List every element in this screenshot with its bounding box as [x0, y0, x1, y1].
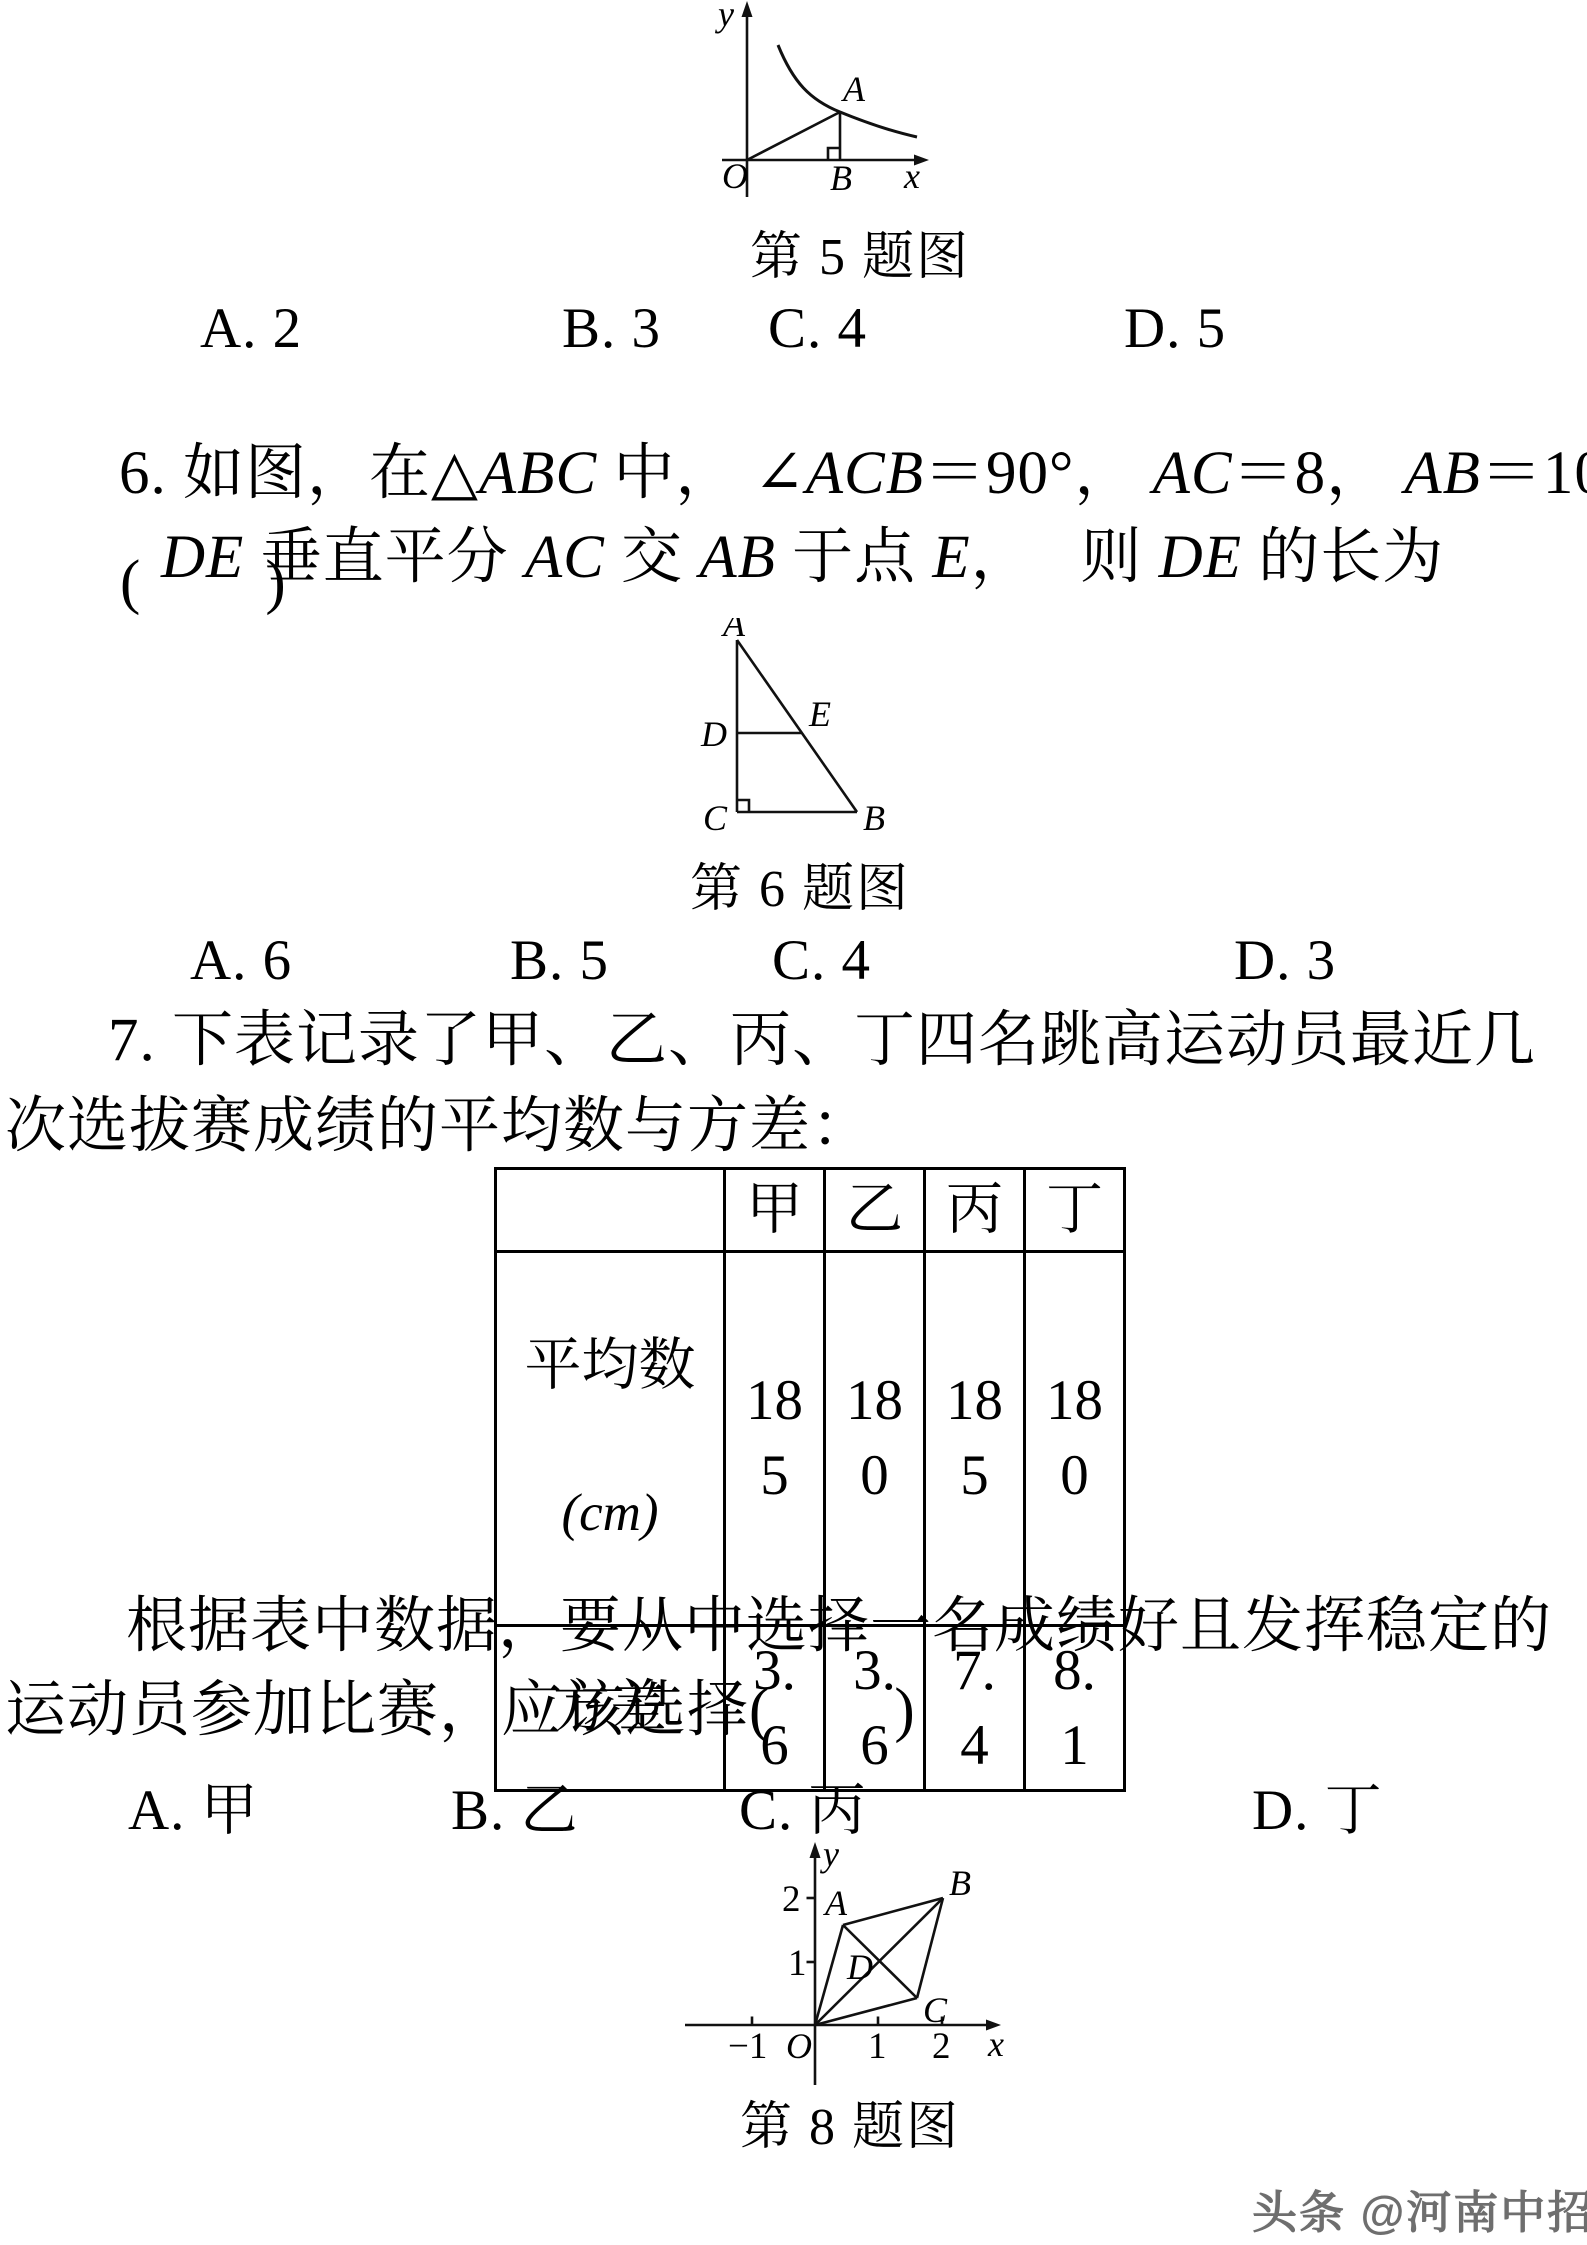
question7-line1: 7. 下表记录了甲、乙、丙、丁四名跳高运动员最近几	[108, 1010, 1536, 1071]
q7-option-c: C. 丙	[739, 1764, 867, 1846]
q5-option-d: D. 5	[1124, 296, 1226, 361]
q6-option-b: B. 5	[510, 928, 609, 993]
q6-l2-s6: 于点	[776, 524, 933, 591]
table-mean-row: 平均数 (cm) 18 5 18 0 18 5 18 0	[496, 1252, 1125, 1626]
figure6-caption: 第 6 题图	[630, 846, 970, 921]
question6-options: A. 6 B. 5 C. 4 D. 3	[0, 928, 1587, 998]
q6-l2-s4: 交	[605, 524, 700, 591]
q6-l2-s8: ， 则	[971, 524, 1159, 591]
q6-l2-s9: DE	[1159, 524, 1242, 591]
q7-option-a: A. 甲	[128, 1764, 259, 1846]
fig8-label-x: x	[987, 2024, 1004, 2064]
q7-option-d: D. 丁	[1252, 1764, 1383, 1846]
question7-after-line1: 根据表中数据，要从中选择一名成绩好且发挥稳定的	[126, 1596, 1552, 1657]
fig5-label-a: A	[841, 69, 866, 109]
fig8-label-a: A	[823, 1883, 848, 1923]
fig6-label-e: E	[808, 694, 831, 734]
mean-unit: (cm)	[497, 1479, 723, 1549]
q6-l1-s9: ＝10，	[1481, 440, 1587, 507]
exam-page: y O A B x 第 5 题图 A. 2 B. 3 C. 4 D. 5 6. …	[0, 0, 1587, 2245]
mean-value-jia: 18 5	[725, 1252, 825, 1626]
q7-option-b: B. 乙	[451, 1764, 579, 1846]
fig6-right-angle-mark	[737, 800, 749, 812]
mean-value-bing: 18 5	[925, 1252, 1025, 1626]
figure5-caption: 第 5 题图	[690, 214, 1030, 289]
q6-l2-s10: 的长为	[1242, 524, 1444, 591]
fig8-ticklabel-x2: 2	[932, 2026, 951, 2067]
header-jia: 甲	[725, 1169, 825, 1252]
mean-label: 平均数	[497, 1328, 723, 1403]
question5-options: A. 2 B. 3 C. 4 D. 5	[0, 296, 1587, 366]
fig5-segment-OA	[747, 112, 840, 160]
fig5-y-arrow-icon	[742, 1, 753, 17]
header-ding: 丁	[1025, 1169, 1125, 1252]
fig8-label-d: D	[846, 1947, 873, 1987]
question7-after-line2: 运动员参加比赛，应该选择( )	[5, 1680, 916, 1741]
q6-option-c: C. 4	[772, 928, 871, 993]
fig6-label-b: B	[863, 798, 885, 838]
fig6-side-AB	[737, 640, 857, 812]
q6-option-a: A. 6	[190, 928, 292, 993]
fig8-label-o: O	[786, 2026, 812, 2066]
question5-figure: y O A B x	[690, 0, 1030, 200]
fig8-ticklabel-neg1: −1	[728, 2026, 767, 2067]
mean-value-yi: 18 0	[825, 1252, 925, 1626]
fig8-label-b: B	[949, 1863, 971, 1903]
fig6-label-a: A	[721, 618, 746, 644]
fig5-label-x: x	[903, 156, 920, 196]
fig6-label-c: C	[703, 798, 728, 838]
q5-option-c: C. 4	[768, 296, 867, 361]
table-header-row: 甲 乙 丙 丁	[496, 1169, 1125, 1252]
header-bing: 丙	[925, 1169, 1025, 1252]
q6-l2-s7: E	[932, 524, 970, 591]
figure8-caption: 第 8 题图	[700, 2084, 1000, 2159]
mean-label-cell: 平均数 (cm)	[496, 1252, 725, 1626]
fig8-label-y: y	[820, 1840, 839, 1874]
fig6-label-d: D	[700, 714, 727, 754]
fig8-ticklabel-y1: 1	[788, 1943, 807, 1984]
q6-option-d: D. 3	[1234, 928, 1336, 993]
q6-l2-s5: AB	[699, 524, 776, 591]
question6-figure: A D E C B	[675, 618, 905, 840]
question8-figure: y x O −1 1 2 2 1 A B C D	[660, 1840, 1030, 2090]
fig5-label-b: B	[830, 158, 852, 198]
mean-value-ding: 18 0	[1025, 1252, 1125, 1626]
fig8-edge-BC	[917, 1898, 943, 1998]
fig8-ticklabel-x1: 1	[868, 2026, 887, 2067]
fig5-label-o: O	[722, 156, 748, 196]
q5-option-b: B. 3	[562, 296, 661, 361]
fig8-y-arrow-icon	[810, 1842, 821, 1858]
q5-option-a: A. 2	[200, 296, 302, 361]
question7-options: A. 甲 B. 乙 C. 丙 D. 丁	[0, 1764, 1587, 1834]
fig8-ticklabel-y2: 2	[782, 1879, 801, 1920]
header-yi: 乙	[825, 1169, 925, 1252]
fig8-label-c: C	[923, 1990, 948, 2030]
fig5-label-y: y	[715, 0, 734, 34]
table-corner-cell	[496, 1169, 725, 1252]
q6-l2-s3: AC	[525, 524, 605, 591]
question6-answer-bracket: ( )	[120, 552, 287, 613]
question7-line2: 次选拔赛成绩的平均数与方差：	[5, 1096, 873, 1157]
watermark: 头条 @河南中招	[1252, 2176, 1587, 2241]
